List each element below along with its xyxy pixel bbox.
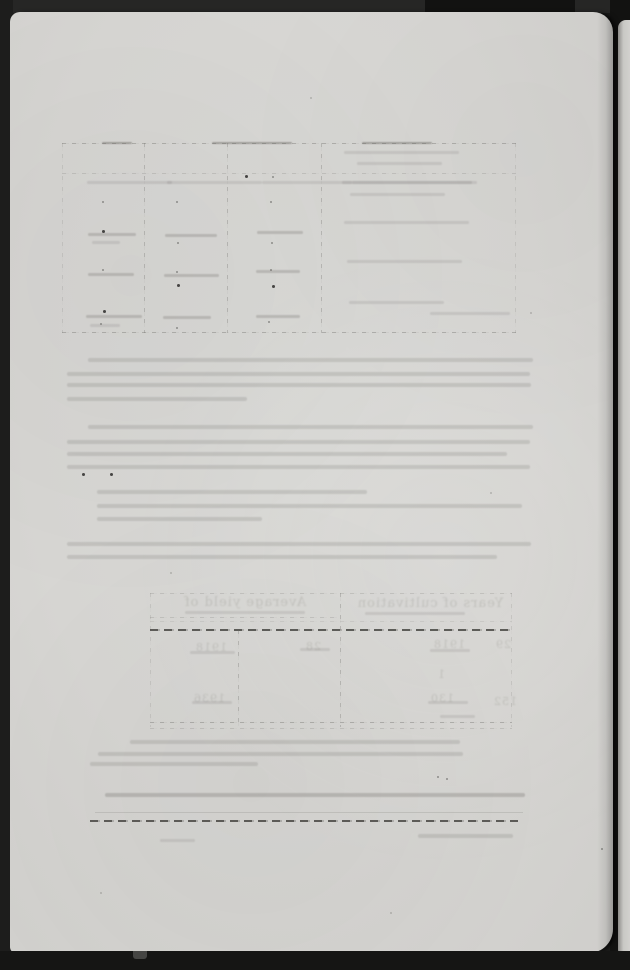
faded-text-line xyxy=(67,542,531,546)
faded-text-smudge xyxy=(256,315,300,318)
faded-text-smudge xyxy=(344,221,469,224)
table-grid-line xyxy=(144,143,145,333)
table-grid-line xyxy=(62,332,516,333)
table-grid-line xyxy=(238,630,239,727)
faded-text-smudge xyxy=(86,315,142,318)
ink-speck xyxy=(176,271,178,273)
ghost-text: 29 xyxy=(495,638,511,651)
ink-speck xyxy=(102,201,104,203)
faded-text-smudge xyxy=(256,270,300,273)
ghost-text: 1 xyxy=(437,668,445,681)
faded-text-smudge xyxy=(167,181,262,184)
faded-text-line xyxy=(88,425,533,429)
table-grid-line xyxy=(150,593,512,594)
ink-speck xyxy=(446,778,448,780)
ink-speck xyxy=(103,310,106,313)
page-edge-shadow xyxy=(597,12,613,953)
faded-text-smudge xyxy=(185,611,305,614)
faded-text-smudge xyxy=(164,274,219,277)
ink-speck xyxy=(102,230,105,233)
paper-speck xyxy=(170,572,172,574)
faded-text-line xyxy=(98,752,463,756)
faded-text-line xyxy=(67,465,530,469)
paper-speck xyxy=(490,492,492,494)
faded-text-smudge xyxy=(357,162,442,165)
faded-text-line xyxy=(418,834,513,838)
faded-text-smudge xyxy=(350,193,445,196)
paper-speck xyxy=(390,912,392,914)
faded-text-smudge xyxy=(428,701,468,704)
ink-speck xyxy=(82,473,85,476)
scanned-book-page-view: Average yield of Years of cultivation 19… xyxy=(0,0,630,970)
faded-text-smudge xyxy=(430,312,510,315)
ink-speck xyxy=(245,175,248,178)
paper-speck xyxy=(100,892,102,894)
faded-text-line xyxy=(88,358,533,362)
faded-text-smudge xyxy=(365,612,465,615)
table-grid-line xyxy=(150,621,512,622)
faded-text-smudge xyxy=(300,648,330,651)
faded-text-line xyxy=(67,452,507,456)
faded-text-smudge xyxy=(257,231,303,234)
table-grid-line xyxy=(515,143,516,333)
table-grid-line xyxy=(321,143,322,333)
faded-text-line xyxy=(67,440,530,444)
footnote-rule-dark xyxy=(90,820,518,822)
document-page: Average yield of Years of cultivation 19… xyxy=(10,12,613,953)
faded-text-line xyxy=(90,762,258,766)
table-grid-line xyxy=(150,593,151,727)
faded-text-smudge xyxy=(88,273,134,276)
faded-text-smudge xyxy=(342,181,477,184)
ink-speck xyxy=(176,327,178,329)
faded-text-smudge xyxy=(430,649,470,652)
adjacent-page-edge xyxy=(618,20,630,954)
faded-text-smudge xyxy=(160,839,195,842)
scan-frame-bottom xyxy=(0,951,630,970)
faded-text-smudge xyxy=(192,701,232,704)
ghost-text: 28 xyxy=(305,640,321,653)
paper-speck xyxy=(530,312,532,314)
ink-speck xyxy=(270,269,272,271)
faded-text-smudge xyxy=(344,151,459,154)
table-grid-line xyxy=(150,722,512,723)
paper-speck xyxy=(310,97,312,99)
faded-text-smudge xyxy=(262,181,352,184)
ink-speck xyxy=(271,242,273,244)
ghost-text: Years of cultivation xyxy=(355,596,505,611)
ink-speck xyxy=(437,776,439,778)
table-grid-line xyxy=(62,173,516,174)
ink-speck xyxy=(268,321,270,323)
faded-text-smudge xyxy=(212,142,292,144)
table-grid-line xyxy=(150,728,512,729)
ink-speck xyxy=(110,473,113,476)
ink-speck xyxy=(272,176,274,178)
table-grid-line xyxy=(62,143,63,333)
table-grid-line xyxy=(227,143,228,333)
lower-table: Average yield of Years of cultivation 19… xyxy=(150,593,512,731)
faded-text-line xyxy=(67,383,531,387)
faded-text-smudge xyxy=(190,651,235,654)
faded-text-line xyxy=(67,372,530,376)
faded-text-smudge xyxy=(92,241,120,244)
faded-text-line xyxy=(67,397,247,401)
upper-table xyxy=(62,143,516,333)
faded-text-line xyxy=(67,555,497,559)
table-grid-line xyxy=(340,593,341,727)
faded-text-line xyxy=(97,490,367,494)
faded-text-line xyxy=(130,740,460,744)
ink-speck xyxy=(176,201,178,203)
faded-text-smudge xyxy=(349,301,444,304)
faded-text-line xyxy=(97,517,262,521)
faded-text-smudge xyxy=(362,142,432,144)
scan-bottom-notch xyxy=(133,951,147,959)
ink-speck xyxy=(270,201,272,203)
faded-text-smudge xyxy=(87,181,172,184)
faded-text-smudge xyxy=(102,142,132,144)
faded-text-smudge xyxy=(440,715,475,718)
faded-text-smudge xyxy=(347,260,462,263)
faded-text-line xyxy=(97,504,522,508)
faded-text-smudge xyxy=(88,233,136,236)
ink-speck xyxy=(272,285,275,288)
ink-speck xyxy=(102,269,104,271)
ink-speck xyxy=(177,242,179,244)
ghost-text: Average yield of xyxy=(175,595,315,610)
footnote-rule-thin xyxy=(95,812,523,813)
faded-text-smudge xyxy=(165,234,217,237)
ink-speck xyxy=(177,284,180,287)
table-rule-dark xyxy=(150,629,512,631)
faded-text-smudge xyxy=(90,324,120,327)
ghost-text: 152 xyxy=(493,695,517,708)
faded-text-line xyxy=(105,793,525,797)
table-grid-line xyxy=(150,617,340,618)
faded-text-smudge xyxy=(163,316,211,319)
